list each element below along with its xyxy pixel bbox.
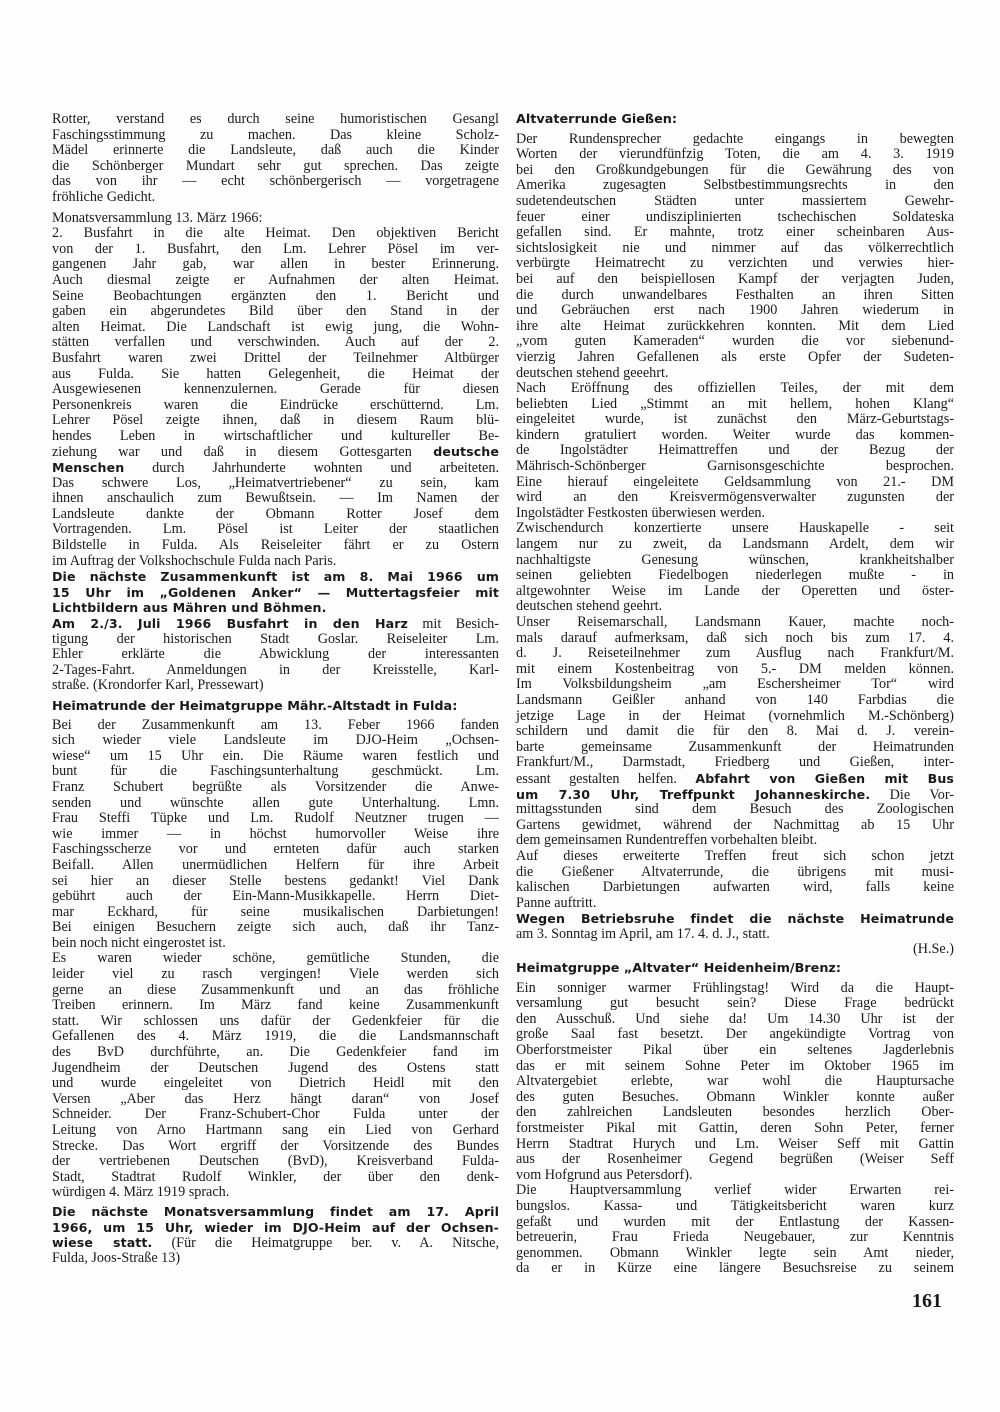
text-line: Worten der vierundfünfzig Toten, die am … <box>516 147 954 163</box>
text-line: Lehrer Pösel zeigte ihnen, daß in diesem… <box>52 413 499 429</box>
document-page: Rotter, verstand es durch seine humorist… <box>0 0 1000 1412</box>
text-line: Faschingsscherze vor und ernteten dafür … <box>52 842 499 858</box>
text-line: barte gemeinsame Zusammenkunft der Heima… <box>516 740 954 756</box>
text-line: Die nächste Monatsversammlung findet am … <box>52 1204 499 1220</box>
text-line: schildern und damit die für den 8. Mai d… <box>516 724 954 740</box>
text-line: Ausgewiesenen kennenzulernen. Gerade für… <box>52 382 499 398</box>
text-line: Frankfurt/M., Darmstadt, Friedberg und G… <box>516 755 954 771</box>
paragraph-giessen-memorial: Der Rundensprecher gedachte eingangs in … <box>516 132 954 382</box>
text-line: Menschen durch Jahrhunderte wohnten und … <box>52 460 499 476</box>
text-line: stätten verfallen und verschwinden. Auch… <box>52 335 499 351</box>
text-line: ziehung war und daß in diesem Gottesgart… <box>52 444 499 460</box>
text-line: betreuerin, Frau Frieda Neugebauer, zur … <box>516 1230 954 1246</box>
text-line: seinen geliebten Fiedelbogen niederlegen… <box>516 568 954 584</box>
text-line: Mährisch-Schönberger Garnisonsgeschichte… <box>516 459 954 475</box>
text-line: jetzige Lage in der Heimat (vornehmlich … <box>516 709 954 725</box>
text-line: Gartens gewidmet, während der Nachmittag… <box>516 818 954 834</box>
paragraph-giessen-official: Nach Eröffnung des offiziellen Teiles, d… <box>516 381 954 521</box>
text-line: sei hier an dieser Stelle bestens gedank… <box>52 874 499 890</box>
text-line: Landsleute dankte der Obmann Rotter Jose… <box>52 507 499 523</box>
text-line: gerne an diese Zusammenkunft und an das … <box>52 983 499 999</box>
text-line: „vom guten Kameraden“ wurden die vor sie… <box>516 334 954 350</box>
text-line: langem nur zu zweit, da Landsmann Ardelt… <box>516 537 954 553</box>
text-line: alten Heimat. Die Landschaft ist ewig ju… <box>52 320 499 336</box>
bold-emphasis: um 7.30 Uhr, Treffpunkt Johanneskirche. <box>516 787 870 802</box>
text-line: Amerika zugesagten Selbstbestimmungsrech… <box>516 178 954 194</box>
text-line: Bildstelle in Fulda. Als Reiseleiter fäh… <box>52 538 499 554</box>
text-line: Die nächste Zusammenkunft ist am 8. Mai … <box>52 569 499 585</box>
text-line: sichtslosigkeit nie und nimmer auf das v… <box>516 241 954 257</box>
text-line: straße. (Krondorfer Karl, Pressewart) <box>52 678 499 694</box>
text-line: des guten Besuches. Obmann Winkler konnt… <box>516 1090 954 1106</box>
text-line: das er mit seinem Sohne Peter im Oktober… <box>516 1059 954 1075</box>
text-line: vom Hofgrund aus Petersdorf). <box>516 1168 954 1184</box>
text-line: Panne auftritt. <box>516 896 954 912</box>
paragraph-heidenheim-2: Die Hauptversammlung verlief wider Erwar… <box>516 1183 954 1277</box>
text-line: Vortragenden. Lm. Pösel ist Leiter der s… <box>52 522 499 538</box>
text-line: mit einem Kostenbeitrag von 5.- DM melde… <box>516 662 954 678</box>
text-line: gaben ein abgerundetes Bild über den Sta… <box>52 304 499 320</box>
paragraph-giessen-closing: Auf dieses erweiterte Treffen freut sich… <box>516 849 954 911</box>
announcement-betriebsruhe: Wegen Betriebsruhe findet die nächste He… <box>516 911 954 958</box>
text-line: mals darauf aufmerksam, daß sich noch bi… <box>516 631 954 647</box>
text-line: genommen. Obmann Winkler legte sein Amt … <box>516 1246 954 1262</box>
text-line: wird an den Kreisvermögensverwalter zugu… <box>516 490 954 506</box>
text-line: kalischen Darbietungen aufwarten wird, f… <box>516 880 954 896</box>
text-line: bein noch nicht eingerostet ist. <box>52 936 499 952</box>
text-line: Lichtbildern aus Mähren und Böhmen. <box>52 600 499 616</box>
text-line: Jugendheim der Deutschen Jugend des Oste… <box>52 1061 499 1077</box>
text-line: Fulda, Joos-Straße 13) <box>52 1251 499 1267</box>
text-line: Schneider. Der Franz-Schubert-Chor Fulda… <box>52 1107 499 1123</box>
paragraph-busfahrt: 2. Busfahrt in die alte Heimat. Den obje… <box>52 226 499 569</box>
text-line: gefallen sind. Er mahnte, trotz einer sc… <box>516 225 954 241</box>
text-line: Seine Beobachtungen ergänzten den 1. Ber… <box>52 289 499 305</box>
text-line: 1966, um 15 Uhr, wieder im DJO-Heim auf … <box>52 1220 499 1236</box>
text-line: Wegen Betriebsruhe findet die nächste He… <box>516 911 954 927</box>
text-line: versamlung gut besucht sein? Diese Frage… <box>516 996 954 1012</box>
text-line: die durch unwandelbares Festhalten an ih… <box>516 288 954 304</box>
right-column: Altvaterrunde Gießen: Der Rundensprecher… <box>516 112 954 1277</box>
text-line: Stadt, Stadtrat Rudolf Winkler, der über… <box>52 1170 499 1186</box>
text-line: deutschen stehend geeehrt. <box>516 366 954 382</box>
author-signature: (H.Se.) <box>516 942 954 958</box>
text-line: Versen „Aber das Herz hängt daran“ von J… <box>52 1092 499 1108</box>
announcement-april-meeting: Die nächste Monatsversammlung findet am … <box>52 1204 499 1266</box>
text-line: senden und wünschte allen gute Unterhalt… <box>52 796 499 812</box>
page-number: 161 <box>912 1290 942 1313</box>
text-line: Busfahrt waren zwei Drittel der Teilnehm… <box>52 351 499 367</box>
text-line: Ein sonniger warmer Frühlingstag! Wird d… <box>516 981 954 997</box>
text-line: feuer einer undisziplinierten tschechisc… <box>516 210 954 226</box>
text-line: Faschingsstimmung zu machen. Das kleine … <box>52 128 499 144</box>
text-line: Es waren wieder schöne, gemütliche Stund… <box>52 951 499 967</box>
text-line: 2. Busfahrt in die alte Heimat. Den obje… <box>52 226 499 242</box>
text-line: um 7.30 Uhr, Treffpunkt Johanneskirche. … <box>516 787 954 803</box>
section-heading-heidenheim: Heimatgruppe „Altvater“ Heidenheim/Brenz… <box>516 961 954 977</box>
text-line: leider viel zu rasch vergingen! Viele we… <box>52 967 499 983</box>
text-line: deutschen stehend geehrt. <box>516 599 954 615</box>
bold-emphasis: Abfahrt von Gießen mit Bus <box>695 771 954 786</box>
text-line: Eine hierauf eingeleitete Geldsammlung v… <box>516 475 954 491</box>
paragraph-fasching: Rotter, verstand es durch seine humorist… <box>52 112 499 206</box>
paragraph-heidenheim-1: Ein sonniger warmer Frühlingstag! Wird d… <box>516 981 954 1184</box>
text-line: sudetendeutschen Städten unter massierte… <box>516 194 954 210</box>
text-line: Unser Reisemarschall, Landsmann Kauer, m… <box>516 615 954 631</box>
text-line: eingeleitet wurde, ist zunächst den März… <box>516 412 954 428</box>
bold-emphasis: Am 2./3. Juli 1966 Busfahrt in den Harz <box>52 616 408 631</box>
text-line: gebührt auch der Ein-Mann-Musikkapelle. … <box>52 889 499 905</box>
text-line: würdigen 4. März 1919 sprach. <box>52 1185 499 1201</box>
text-line: gefaßt und wurden mit der Entlastung der… <box>516 1215 954 1231</box>
text-line: hendes Leben in wirtschaftlicher und kul… <box>52 429 499 445</box>
text-line: altgewohnter Weise im Lande der Operette… <box>516 584 954 600</box>
text-line: beliebten Lied „Stimmt an mit hellem, ho… <box>516 397 954 413</box>
text-line: des BvD durchführte, an. Die Gedenkfeier… <box>52 1045 499 1061</box>
text-line: Landsmann Geißler anhand von 140 Farbdia… <box>516 693 954 709</box>
text-line: bungslos. Kassa- und Tätigkeitsbericht w… <box>516 1199 954 1215</box>
text-line: Oberforstmeister Pikal über ein seltenes… <box>516 1043 954 1059</box>
text-line: den zahlreichen Landsleuten besondes her… <box>516 1105 954 1121</box>
text-line: von der 1. Busfahrt, den Lm. Lehrer Pöse… <box>52 242 499 258</box>
text-line: wiese statt. (Für die Heimatgruppe ber. … <box>52 1235 499 1251</box>
section-heading-giessen: Altvaterrunde Gießen: <box>516 112 954 128</box>
text-line: große Saal fast besetzt. Der angekündigt… <box>516 1027 954 1043</box>
text-line: die Schönberger Mundart sehr gut spreche… <box>52 159 499 175</box>
text-line: Franz Schubert begrüßte als Vorsitzender… <box>52 780 499 796</box>
text-line: ihre alte Heimat zurückkehren konnten. M… <box>516 319 954 335</box>
announcement-harz-trip: Am 2./3. Juli 1966 Busfahrt in den Harz … <box>52 616 499 694</box>
text-line: Die Hauptversammlung verlief wider Erwar… <box>516 1183 954 1199</box>
paragraph-fulda-1: Bei der Zusammenkunft am 13. Feber 1966 … <box>52 718 499 952</box>
text-line: verbürgte Heimatrecht zu verzichten und … <box>516 256 954 272</box>
paragraph-giessen-trip: Unser Reisemarschall, Landsmann Kauer, m… <box>516 615 954 849</box>
text-line: die Gießener Altvaterrunde, die übrigens… <box>516 865 954 881</box>
text-line: fröhliche Gedicht. <box>52 190 499 206</box>
text-line: gangenen Jahr gab, war allen in bester E… <box>52 257 499 273</box>
text-line: Leitung von Arno Hartmann sang ein Lied … <box>52 1123 499 1139</box>
text-line: der vertriebenen Deutschen (BvD), Kreisv… <box>52 1154 499 1170</box>
text-line: Personenkreis waren die Eindrücke erschü… <box>52 398 499 414</box>
subheading-monatsversammlung: Monatsversammlung 13. März 1966: <box>52 211 499 227</box>
text-line: Der Rundensprecher gedachte eingangs in … <box>516 132 954 148</box>
text-line: Mädel erinnerte die Landsleute, daß auch… <box>52 143 499 159</box>
text-line: aus der Rosenheimer Gegend begrüßen (Wei… <box>516 1152 954 1168</box>
text-line: den Ausschuß. Und siehe da! Um 14.30 Uhr… <box>516 1012 954 1028</box>
text-line: de Ingolstädter Heimattreffen und der Be… <box>516 443 954 459</box>
text-line: statt. Wir schlossen uns dafür der Geden… <box>52 1014 499 1030</box>
text-line: tigung der historischen Stadt Goslar. Re… <box>52 632 499 648</box>
text-line: Am 2./3. Juli 1966 Busfahrt in den Harz … <box>52 616 499 632</box>
text-line: kindern gratuliert worden. Weiter wurde … <box>516 428 954 444</box>
text-line: das von ihr — echt schönbergerisch — vor… <box>52 174 499 190</box>
bold-emphasis: deutsche <box>433 444 499 459</box>
text-line: Ehler erklärte die Abwicklung der intere… <box>52 647 499 663</box>
text-line: Altvatergebiet erlebte, war wohl die Hau… <box>516 1074 954 1090</box>
section-heading-fulda: Heimatrunde der Heimatgruppe Mähr.-Altst… <box>52 699 499 715</box>
text-line: wie immer — in höchst humorvoller Weise … <box>52 827 499 843</box>
text-line: da er in Kürze eine längere Besuchsreise… <box>516 1261 954 1277</box>
text-line: Frau Steffi Tüpke und Lm. Rudolf Neutzne… <box>52 811 499 827</box>
text-line: Auch diesmal zeigte er Aufnahmen der alt… <box>52 273 499 289</box>
bold-emphasis: wiese statt. <box>52 1235 152 1250</box>
text-line: Das schwere Los, „Heimatvertriebener“ zu… <box>52 476 499 492</box>
text-line: ihnen anschaulich zum Bewußtsein. — Im N… <box>52 491 499 507</box>
text-line: Bei einigen Besuchern zeigte sich auch, … <box>52 920 499 936</box>
left-column: Rotter, verstand es durch seine humorist… <box>52 112 499 1266</box>
text-line: bei auf den beispiellosen Kampf der verj… <box>516 272 954 288</box>
paragraph-fulda-2: Es waren wieder schöne, gemütliche Stund… <box>52 951 499 1201</box>
text-line: mittagsstunden sind dem Besuch des Zoolo… <box>516 802 954 818</box>
text-line: bunt für die Faschingsunterhaltung gesch… <box>52 764 499 780</box>
text-line: forstmeister Pikal mit Gattin, deren Soh… <box>516 1121 954 1137</box>
text-line: vierzig Jahren Gefallenen als erste Opfe… <box>516 350 954 366</box>
text-line: d. J. Reiseteilnehmer zum Ausflug nach F… <box>516 646 954 662</box>
paragraph-giessen-band: Zwischendurch konzertierte unsere Hauska… <box>516 521 954 615</box>
text-line: Herrn Stadtrat Hurych und Lm. Weiser Sef… <box>516 1137 954 1153</box>
text-line: Im Volksbildungsheim „am Eschersheimer T… <box>516 677 954 693</box>
announcement-next-meeting: Die nächste Zusammenkunft ist am 8. Mai … <box>52 569 499 616</box>
text-line: Rotter, verstand es durch seine humorist… <box>52 112 499 128</box>
text-line: Beifall. Allen unermüdlichen Helfern für… <box>52 858 499 874</box>
text-line: aus Fulda. Sie hatten Gelegenheit, die H… <box>52 367 499 383</box>
text-line: nachhaltigste Genesung wünschen, krankhe… <box>516 553 954 569</box>
bold-emphasis: Menschen <box>52 460 124 475</box>
text-line: sich wieder viele Landsleute im DJO-Heim… <box>52 733 499 749</box>
text-line: Gefallenen des 4. März 1919, die die Lan… <box>52 1029 499 1045</box>
text-line: Bei der Zusammenkunft am 13. Feber 1966 … <box>52 718 499 734</box>
text-line: und wurde eingeleitet von Dietrich Heidl… <box>52 1076 499 1092</box>
text-line: essant gestalten helfen. Abfahrt von Gie… <box>516 771 954 787</box>
text-line: im Auftrag der Volkshochschule Fulda nac… <box>52 554 499 570</box>
text-line: Treiben erinnern. Im März fand keine Zus… <box>52 998 499 1014</box>
text-line: Ingolstädter Festkosten überwiesen werde… <box>516 506 954 522</box>
text-line: Auf dieses erweiterte Treffen freut sich… <box>516 849 954 865</box>
text-line: Nach Eröffnung des offiziellen Teiles, d… <box>516 381 954 397</box>
text-line: und Gebräuchen erst nach 1900 Jahren wie… <box>516 303 954 319</box>
text-line: wiese“ um 15 Uhr ein. Die Räume waren fe… <box>52 749 499 765</box>
text-line: Strecke. Das Wort ergriff der Vorsitzend… <box>52 1139 499 1155</box>
text-line: 2-Tages-Fahrt. Anmeldungen in der Kreiss… <box>52 663 499 679</box>
text-line: dem gemeinsamen Rundentreffen vorbehalte… <box>516 833 954 849</box>
text-line: Zwischendurch konzertierte unsere Hauska… <box>516 521 954 537</box>
text-line: 15 Uhr im „Goldenen Anker“ — Muttertagsf… <box>52 585 499 601</box>
text-line: bei den Großkundgebungen für die Gewähru… <box>516 163 954 179</box>
text-line: am 3. Sonntag im April, am 17. 4. d. J.,… <box>516 927 954 943</box>
text-line: mar Eckhard, für seine musikalischen Dar… <box>52 905 499 921</box>
